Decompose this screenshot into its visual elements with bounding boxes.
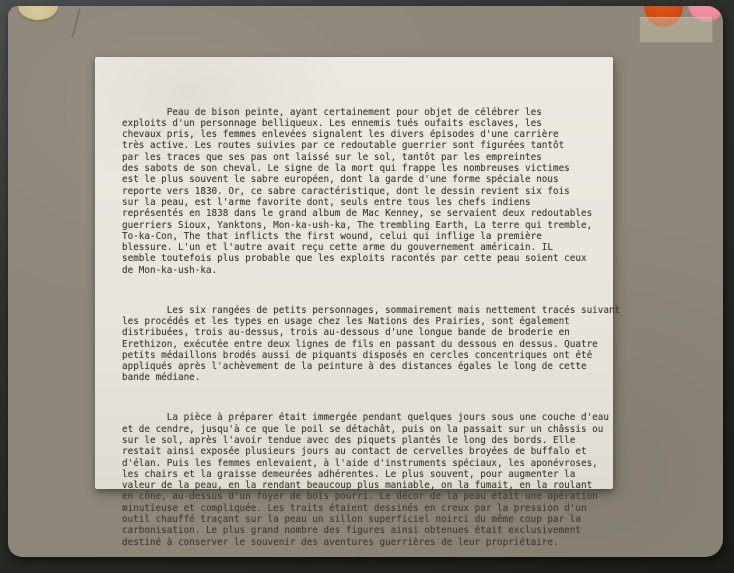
paragraph-bison-skin: Peau de bison peinte, ayant certainement… xyxy=(122,107,614,276)
typewritten-page: Peau de bison peinte, ayant certainement… xyxy=(95,57,613,489)
yellow-round-sticker xyxy=(18,6,58,20)
paragraph-rows-of-figures: Les six rangées de petits personnages, s… xyxy=(122,305,614,384)
cardboard-mount: Peau de bison peinte, ayant certainement… xyxy=(8,6,723,557)
typewritten-text: Peau de bison peinte, ayant certainement… xyxy=(122,84,614,557)
scratch-mark xyxy=(71,8,80,38)
adhesive-tape xyxy=(639,17,713,43)
paragraph-preparation: La pièce à préparer était immergée penda… xyxy=(122,412,614,548)
